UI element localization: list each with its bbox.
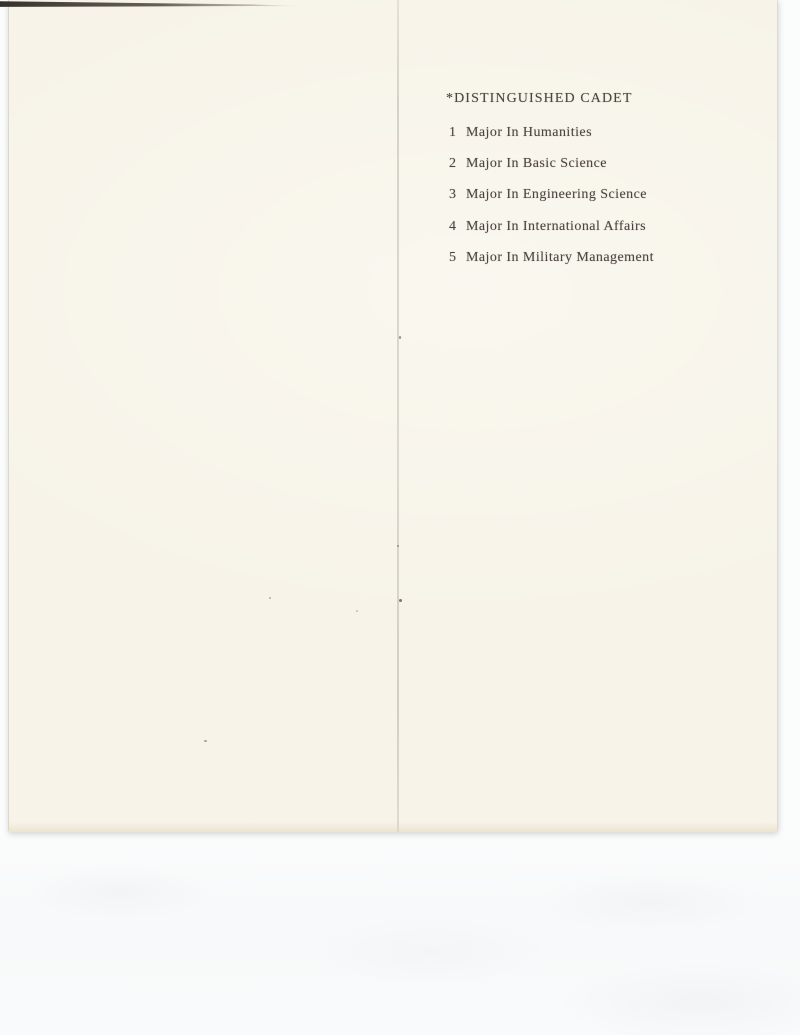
scanner-lid-background [0,832,800,1035]
scanned-booklet-page: *DISTINGUISHED CADET 1 Major In Humaniti… [8,0,778,832]
scan-speck [399,336,401,339]
scan-speck [204,740,207,742]
item-label: Major In Military Management [466,250,654,266]
list-item: 3 Major In Engineering Science [449,180,654,211]
item-number: 4 [449,219,466,235]
list-item: 2 Major In Basic Science [449,148,654,179]
fold-crease-line [397,0,399,832]
list-item: 1 Major In Humanities [449,117,654,148]
item-label: Major In Basic Science [466,156,607,172]
page-heading: *DISTINGUISHED CADET [446,90,654,108]
scan-speck [356,610,358,612]
item-number: 3 [449,187,466,203]
page-text-block: *DISTINGUISHED CADET 1 Major In Humaniti… [446,90,654,274]
scan-canvas: *DISTINGUISHED CADET 1 Major In Humaniti… [0,0,800,1035]
list-item: 4 Major In International Affairs [449,211,654,242]
list-item: 5 Major In Military Management [449,243,654,274]
item-number: 1 [449,125,466,141]
item-label: Major In International Affairs [466,219,646,235]
item-number: 2 [449,156,466,172]
majors-list: 1 Major In Humanities 2 Major In Basic S… [449,117,654,274]
top-edge-line [0,0,300,10]
item-label: Major In Humanities [466,125,592,141]
item-label: Major In Engineering Science [466,187,647,203]
scan-speck [399,599,402,602]
scan-speck [269,597,271,599]
item-number: 5 [449,250,466,266]
